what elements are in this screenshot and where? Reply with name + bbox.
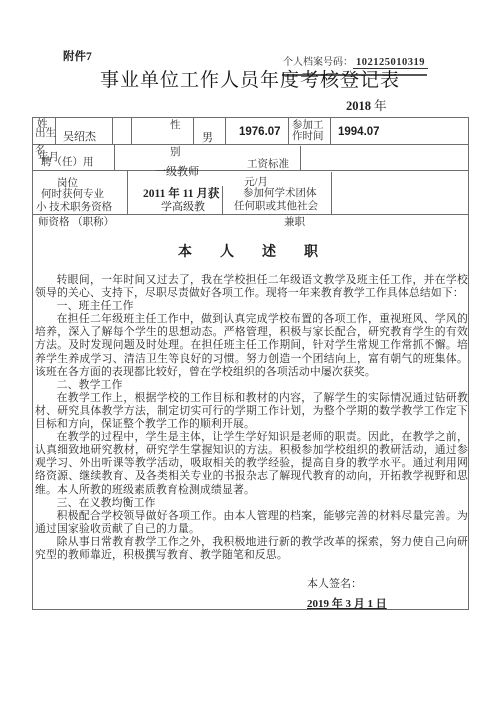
qualification-label-line2: 小 技术职务资格 bbox=[36, 202, 112, 213]
society-label-line2: 任何职或其他社会 bbox=[234, 201, 318, 212]
post-label-bottom: 岗位 bbox=[57, 178, 78, 189]
birth-label-top: 出生 bbox=[35, 128, 56, 139]
grid-line bbox=[222, 186, 223, 214]
report-paragraph: 积极配合学校领导做好各项工作。由本人管理的档案，能够完善的材料尽量完善。为通过国… bbox=[35, 510, 468, 536]
gender-label-bottom: 别 bbox=[170, 147, 181, 158]
grid-line bbox=[193, 118, 194, 144]
self-report-heading: 本 人 述 职 bbox=[35, 241, 468, 261]
report-paragraph: 在教学工作上，根据学校的工作目标和教材的内容，了解学生的实际情况通过钻研教材、研… bbox=[35, 392, 468, 431]
post-value: 一级教师 bbox=[155, 167, 199, 179]
join-label-top: 参加工 bbox=[292, 120, 324, 131]
salary-label: 工资标准 bbox=[247, 159, 289, 170]
grid-line bbox=[300, 146, 301, 170]
join-value: 1994.07 bbox=[338, 126, 380, 138]
grid-line bbox=[114, 144, 115, 170]
qualification-value-line2: 学高级教 bbox=[161, 202, 205, 214]
archive-number-label: 个人档案号码： bbox=[283, 57, 353, 68]
grid-line bbox=[33, 144, 468, 145]
name-value: 吴绍杰 bbox=[63, 132, 96, 144]
attachment-label: 附件7 bbox=[63, 51, 92, 63]
report-section-heading: 一、班主任工作 bbox=[35, 300, 468, 313]
society-label-line1: 参加何学术团体 bbox=[243, 188, 317, 199]
report-paragraph: 除从事日常教育教学工作之外，我积极地进行新的教学改革的探索，努力使自己向研究型的… bbox=[35, 536, 468, 562]
grid-line bbox=[33, 170, 468, 171]
grid-line bbox=[127, 170, 128, 214]
grid-line bbox=[288, 118, 289, 144]
grid-line bbox=[33, 214, 468, 215]
grid-line bbox=[112, 118, 113, 144]
report-section-heading: 三、在义教均衡工作 bbox=[35, 497, 468, 510]
grid-line bbox=[330, 118, 331, 144]
report-paragraph: 在教学的过程中，学生是主体，让学生学好知识是老师的职责。因此，在教学之前，认真细… bbox=[35, 431, 468, 496]
qualification-value-line1: 2011 年 11 月获 bbox=[143, 188, 219, 200]
year-value: 2018 bbox=[346, 99, 371, 113]
archive-number-line: 个人档案号码：102125010319 bbox=[283, 57, 428, 69]
qualification-label-line1: 何时获何专业 bbox=[41, 189, 104, 200]
page-title: 事业单位工作人员年度考核登记表 bbox=[100, 71, 400, 91]
self-report-section: 本 人 述 职 转眼间，一年时间又过去了，我在学校担任二年级语文教学及班主任工作… bbox=[35, 241, 468, 562]
grid-line bbox=[131, 118, 132, 144]
join-label-bottom: 作时间 bbox=[292, 131, 324, 142]
salary-unit: 元/月 bbox=[244, 177, 268, 188]
report-paragraph: 在担任二年级班主任工作中，做到认真完成学校布置的各项工作，重视班风、学风的培养，… bbox=[35, 313, 468, 378]
report-paragraph: 转眼间，一年时间又过去了，我在学校担任二年级语文教学及班主任工作，并在学校领导的… bbox=[35, 274, 468, 300]
gender-value: 男 bbox=[202, 133, 213, 145]
qualification-label-line3: 师资格 （职称） bbox=[38, 217, 114, 228]
gender-label-top: 性 bbox=[170, 120, 181, 131]
birth-value: 1976.07 bbox=[239, 126, 281, 138]
archive-number-value: 102125010319 bbox=[353, 57, 428, 69]
document-page: 附件7 个人档案号码：102125010319 事业单位工作人员年度考核登记表 … bbox=[0, 0, 500, 707]
report-section-heading: 二、教学工作 bbox=[35, 379, 468, 392]
grid-line bbox=[225, 118, 226, 144]
year-line: 2018 年 bbox=[346, 100, 387, 113]
grid-line bbox=[331, 172, 332, 214]
post-label-top: 聘（任）用 bbox=[41, 157, 94, 168]
signature-label: 本人签名： bbox=[307, 575, 362, 591]
signature-date: 2019 年 3 月 1 日 bbox=[307, 595, 387, 611]
society-label-line3: 兼职 bbox=[284, 217, 305, 228]
year-unit: 年 bbox=[374, 99, 387, 113]
